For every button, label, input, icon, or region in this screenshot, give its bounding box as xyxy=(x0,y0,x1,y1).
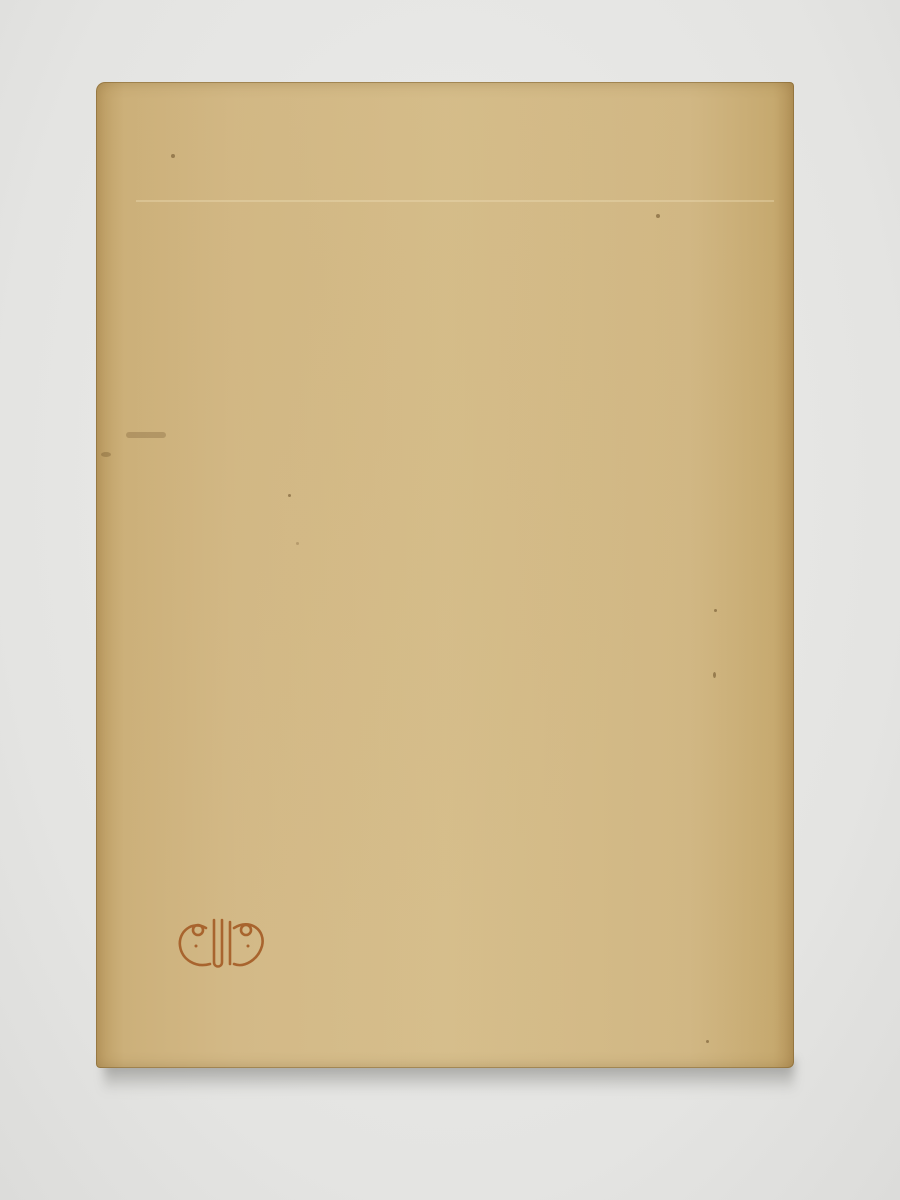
stain-speck xyxy=(171,154,175,158)
stain-speck xyxy=(714,609,717,612)
stain-speck xyxy=(296,542,299,545)
stain-speck xyxy=(126,432,166,438)
monogram-icon xyxy=(174,914,270,974)
stain-speck xyxy=(101,452,111,457)
stain-speck xyxy=(288,494,291,497)
monogram-text: CWS xyxy=(270,914,271,915)
stain-speck xyxy=(656,214,660,218)
booklet-back-cover: CWS xyxy=(96,82,794,1068)
stain-speck xyxy=(713,672,716,678)
paper-crease xyxy=(136,200,774,202)
stain-speck xyxy=(706,1040,709,1043)
publisher-monogram: CWS xyxy=(174,914,270,974)
